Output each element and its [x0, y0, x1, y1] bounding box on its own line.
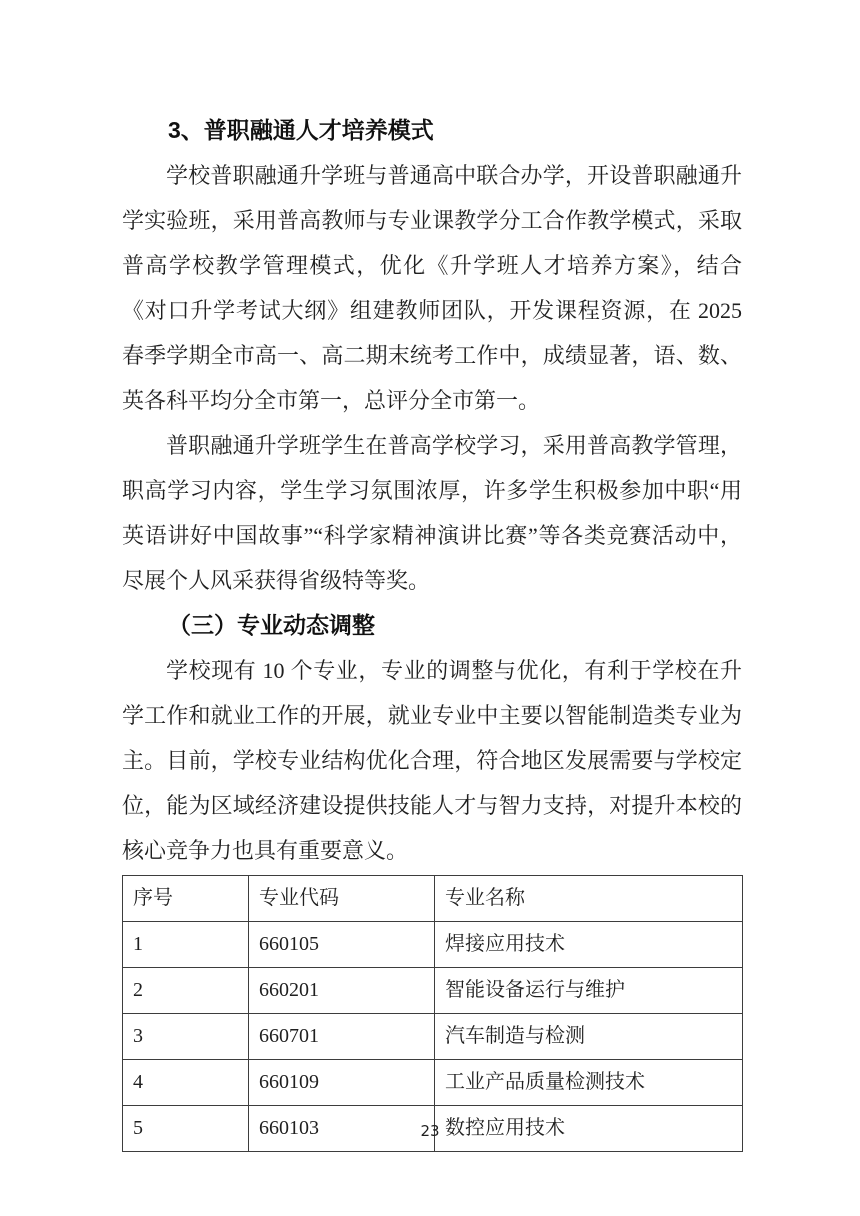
table-cell-name: 汽车制造与检测 [435, 1014, 743, 1060]
table-cell-name: 焊接应用技术 [435, 922, 743, 968]
table-header-index: 序号 [123, 876, 249, 922]
table-row: 3 660701 汽车制造与检测 [123, 1014, 743, 1060]
paragraph-1: 学校普职融通升学班与普通高中联合办学，开设普职融通升学实验班，采用普高教师与专业… [122, 153, 742, 423]
table-cell-code: 660701 [249, 1014, 435, 1060]
majors-table: 序号 专业代码 专业名称 1 660105 焊接应用技术 2 660201 智能… [122, 875, 743, 1152]
table-cell-code: 660109 [249, 1060, 435, 1106]
table-cell-index: 4 [123, 1060, 249, 1106]
table-cell-name: 智能设备运行与维护 [435, 968, 743, 1014]
paragraph-2: 普职融通升学班学生在普高学校学习，采用普高教学管理，职高学习内容，学生学习氛围浓… [122, 423, 742, 603]
document-page: 3、普职融通人才培养模式 学校普职融通升学班与普通高中联合办学，开设普职融通升学… [0, 0, 860, 1216]
table-cell-index: 2 [123, 968, 249, 1014]
table-header-code: 专业代码 [249, 876, 435, 922]
table-cell-index: 3 [123, 1014, 249, 1060]
section-heading-major-adjustment: （三）专业动态调整 [122, 603, 742, 648]
table-cell-index: 1 [123, 922, 249, 968]
table-cell-code: 660105 [249, 922, 435, 968]
section-heading-talent-model: 3、普职融通人才培养模式 [122, 108, 742, 153]
table-cell-code: 660201 [249, 968, 435, 1014]
table-row: 1 660105 焊接应用技术 [123, 922, 743, 968]
table-cell-name: 工业产品质量检测技术 [435, 1060, 743, 1106]
document-body: 3、普职融通人才培养模式 学校普职融通升学班与普通高中联合办学，开设普职融通升学… [122, 0, 742, 1152]
paragraph-3: 学校现有 10 个专业，专业的调整与优化，有利于学校在升学工作和就业工作的开展，… [122, 648, 742, 873]
table-row: 2 660201 智能设备运行与维护 [123, 968, 743, 1014]
table-header-row: 序号 专业代码 专业名称 [123, 876, 743, 922]
table-row: 4 660109 工业产品质量检测技术 [123, 1060, 743, 1106]
table-header-name: 专业名称 [435, 876, 743, 922]
page-number: 23 [0, 1122, 860, 1140]
